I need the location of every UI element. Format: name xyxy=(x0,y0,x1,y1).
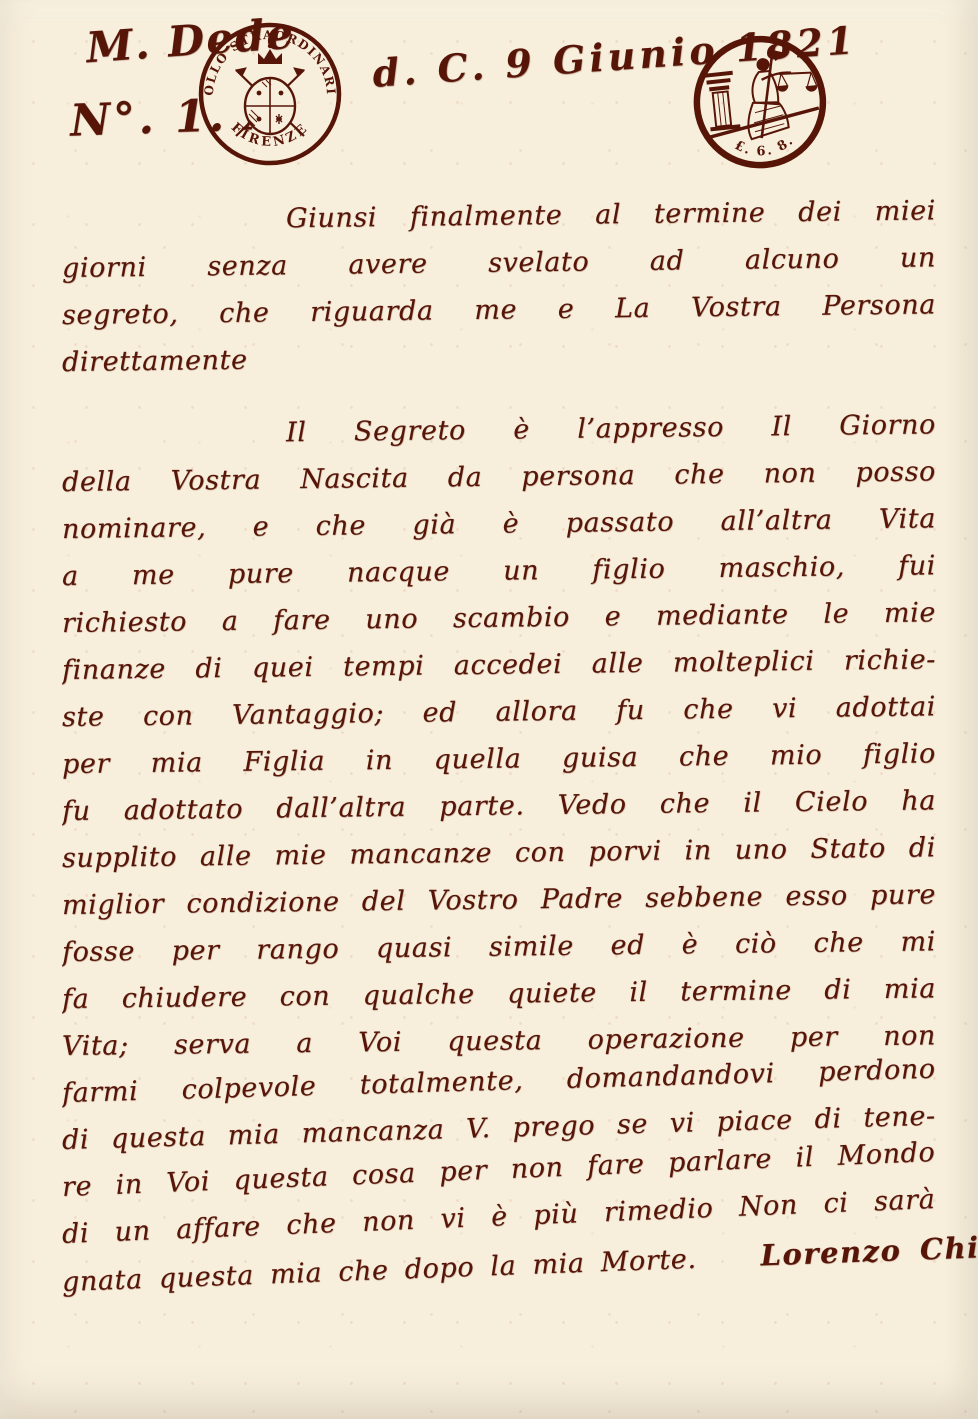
coat-of-arms-icon xyxy=(236,44,304,136)
justice-fiscal-seal: £. 6. 8. xyxy=(683,23,839,183)
bollo-straordinario-stamp: BOLLO STRAORDINARIO FIRENZE xyxy=(196,20,344,168)
letter-body: Giunsi finalmente al termine dei miei gi… xyxy=(62,198,936,1305)
scales-icon xyxy=(775,70,818,95)
column-icon xyxy=(703,73,740,130)
letter-line: direttamente xyxy=(62,328,937,386)
manuscript-page: M. Dede N°. 1. A d. C. 9 Giunio 1821 BOL… xyxy=(0,0,978,1419)
signature: Lorenzo Chiappini xyxy=(760,1226,978,1272)
crown-icon xyxy=(258,44,282,64)
shield-icon xyxy=(245,78,295,134)
